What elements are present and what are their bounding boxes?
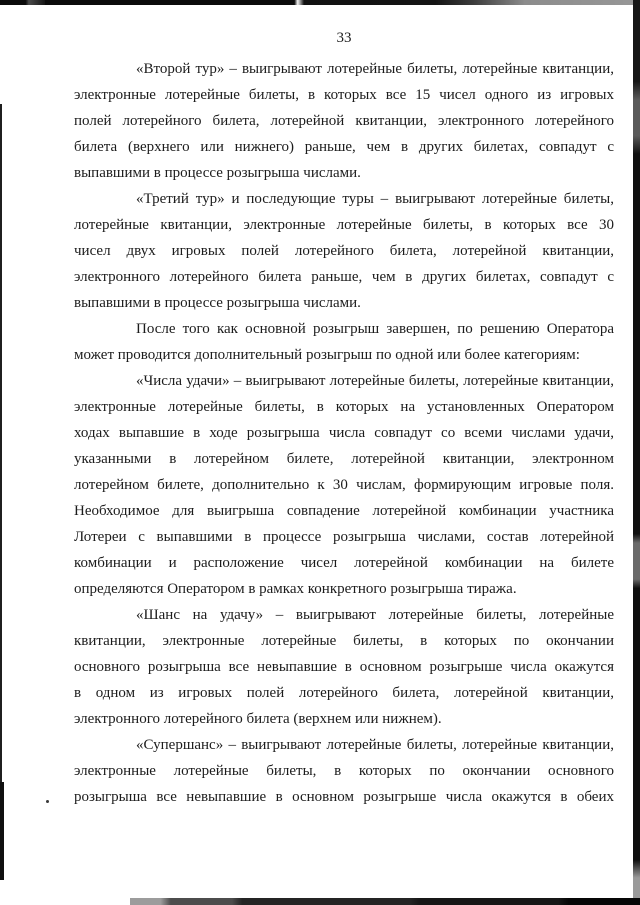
text-line: выпавшими в процессе розыгрыша числами.	[74, 160, 614, 186]
text-line: комбинации и расположение чисел лотерейн…	[74, 550, 614, 576]
page-number: 33	[74, 29, 614, 47]
text-line: чисел двух игровых полей лотерейного бил…	[74, 238, 614, 264]
paragraph: После того как основной розыгрыш заверше…	[74, 316, 614, 368]
scan-edge-left	[0, 104, 2, 784]
paragraph: «Третий тур» и последующие туры – выигры…	[74, 186, 614, 316]
text-line: полей лотерейного билета, лотерейной кви…	[74, 108, 614, 134]
paragraph: «Числа удачи» – выигрывают лотерейные би…	[74, 368, 614, 602]
text-line: После того как основной розыгрыш заверше…	[74, 316, 614, 342]
text-line: определяются Оператором в рамках конкрет…	[74, 576, 614, 602]
text-line: электронного лотерейного билета раньше, …	[74, 264, 614, 290]
text-line: «Шанс на удачу» – выигрывают лотерейные …	[74, 602, 614, 628]
text-line: Лотереи с выпавшими в процессе розыгрыша…	[74, 524, 614, 550]
text-line: Необходимое для выигрыша совпадение лоте…	[74, 498, 614, 524]
text-line: электронные лотерейные билеты, в которых…	[74, 394, 614, 420]
text-line: розыгрыша все невыпавшие в основном розы…	[74, 784, 614, 810]
text-line: выпавшими в процессе розыгрыша числами.	[74, 290, 614, 316]
text-line: основного розыгрыша все невыпавшие в осн…	[74, 654, 614, 680]
text-line: квитанции, электронные лотерейные билеты…	[74, 628, 614, 654]
paragraph: «Шанс на удачу» – выигрывают лотерейные …	[74, 602, 614, 732]
text-line: «Числа удачи» – выигрывают лотерейные би…	[74, 368, 614, 394]
text-line: в одном из игровых полей лотерейного бил…	[74, 680, 614, 706]
text-line: указанными в лотерейном билете, лотерейн…	[74, 446, 614, 472]
text-line: электронные лотерейные билеты, в которых…	[74, 758, 614, 784]
text-line: лотерейные квитанции, электронные лотере…	[74, 212, 614, 238]
scan-speck	[46, 800, 49, 803]
text-line: ходах выпавшие в ходе розыгрыша числа со…	[74, 420, 614, 446]
scan-edge-left-lower	[0, 782, 4, 880]
text-line: «Третий тур» и последующие туры – выигры…	[74, 186, 614, 212]
paragraph: «Второй тур» – выигрывают лотерейные бил…	[74, 56, 614, 186]
text-line: билета (верхнего или нижнего) раньше, че…	[74, 134, 614, 160]
text-line: «Второй тур» – выигрывают лотерейные бил…	[74, 56, 614, 82]
document-body-text: «Второй тур» – выигрывают лотерейные бил…	[74, 56, 614, 810]
scan-edge-top	[0, 0, 640, 5]
paragraph: «Супершанс» – выигрывают лотерейные биле…	[74, 732, 614, 810]
text-line: электронные лотерейные билеты, в которых…	[74, 82, 614, 108]
text-line: электронного лотерейного билета (верхнем…	[74, 706, 614, 732]
scan-edge-bottom	[130, 898, 640, 905]
scanned-document-page: { "page": { "number": "33" }, "document"…	[0, 0, 640, 905]
text-line: может проводится дополнительный розыгрыш…	[74, 342, 614, 368]
scan-edge-right	[633, 0, 640, 905]
text-line: «Супершанс» – выигрывают лотерейные биле…	[74, 732, 614, 758]
text-line: лотерейном билете, дополнительно к 30 чи…	[74, 472, 614, 498]
